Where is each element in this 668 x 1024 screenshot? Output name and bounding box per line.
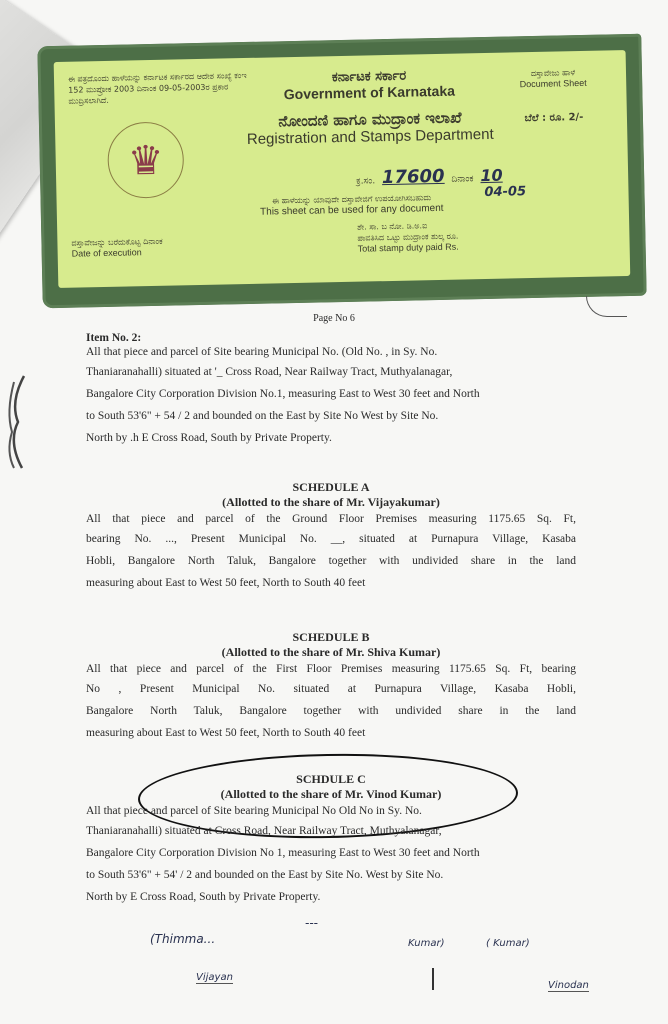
- serial-suffix: ದಿನಾಂಕ: [451, 174, 473, 184]
- karnataka-emblem-icon: ♛: [107, 121, 185, 199]
- execution-block: ದಸ್ತಾವೇಜನ್ನು ಬರೆದುಕೊಟ್ಟ ದಿನಾಂಕ Date of e…: [71, 236, 163, 259]
- schedule-b-line: measuring about East to West 50 feet, No…: [86, 722, 576, 744]
- handwritten-date: 04-05: [484, 184, 526, 200]
- schedule-c-allotted: (Allotted to the share of Mr. Vinod Kuma…: [86, 787, 576, 802]
- item-2-line: Bangalore City Corporation Division No.1…: [86, 383, 576, 405]
- item-2-section: Item No. 2: All that piece and parcel of…: [86, 331, 576, 449]
- schedule-c-title: SCHDULE C: [86, 772, 576, 787]
- page-number: Page No 6: [0, 313, 668, 324]
- pen-stroke: [432, 968, 434, 990]
- signature: ---: [305, 916, 318, 930]
- schedule-a-line: Hobli, Bangalore North Taluk, Bangalore …: [86, 550, 576, 572]
- document-sheet-block: ದಸ್ತಾವೇಜು ಹಾಳೆ Document Sheet ಬೆಲೆ : ರೂ.…: [498, 66, 609, 124]
- any-document-block: ಈ ಹಾಳೆಯನ್ನು ಯಾವುದೇ ದಸ್ತಾವೇಜಿಗೆ ಉಪಯೋಗಿಸಬಹ…: [227, 191, 477, 218]
- schedule-a-section: SCHEDULE A (Allotted to the share of Mr.…: [86, 480, 576, 594]
- stamp-paper-header: ಈ ಪತ್ರದೊಂದು ಹಾಳೆಯನ್ನು ಕರ್ನಾಟಕ ಸರ್ಕಾರದ ಆದ…: [37, 34, 646, 309]
- schedule-b-line: All that piece and parcel of the First F…: [86, 660, 576, 678]
- signature: Vijayan: [196, 972, 233, 984]
- schedule-a-line: bearing No. ..., Present Municipal No. _…: [86, 528, 576, 550]
- stamp-price: ಬೆಲೆ : ರೂ. 2/-: [499, 111, 609, 124]
- serial-number: 17600: [382, 166, 445, 188]
- schedule-c-section: SCHDULE C (Allotted to the share of Mr. …: [86, 772, 576, 908]
- schedule-b-line: Bangalore North Taluk, Bangalore togethe…: [86, 700, 576, 722]
- schedule-b-allotted: (Allotted to the share of Mr. Shiva Kuma…: [86, 645, 576, 660]
- item-2-line: North by .h E Cross Road, South by Priva…: [86, 427, 576, 449]
- item-2-line: to South 53'6" + 54 / 2 and bounded on t…: [86, 405, 576, 427]
- schedule-a-line: All that piece and parcel of the Ground …: [86, 510, 576, 528]
- item-2-line: Thaniaranahalli) situated at '_ Cross Ro…: [86, 361, 576, 383]
- stamp-title-block: ಕರ್ನಾಟಕ ಸರ್ಕಾರ Government of Karnataka ನ…: [234, 67, 506, 149]
- handwritten-day: 10: [480, 166, 503, 185]
- schedule-c-line: to South 53'6" + 54' / 2 and bounded on …: [86, 864, 576, 886]
- document-sheet-english: Document Sheet: [498, 77, 608, 89]
- item-2-line: All that piece and parcel of Site bearin…: [86, 345, 576, 361]
- schedule-c-line: Bangalore City Corporation Division No 1…: [86, 842, 576, 864]
- serial-prefix: ಕ್ರ.ಸಂ.: [356, 176, 375, 186]
- schedule-b-title: SCHEDULE B: [86, 630, 576, 645]
- signature: (Thimma...: [150, 932, 215, 946]
- schedule-a-line: measuring about East to West 50 feet, No…: [86, 572, 576, 594]
- schedule-c-line: Thaniaranahalli) situated at Cross Road,…: [86, 820, 576, 842]
- signature: ( Kumar): [486, 938, 530, 949]
- schedule-a-allotted: (Allotted to the share of Mr. Vijayakuma…: [86, 495, 576, 510]
- execution-english: Date of execution: [72, 247, 164, 259]
- signature: Kumar): [408, 938, 445, 949]
- schedule-c-line: All that piece and parcel of Site bearin…: [86, 802, 576, 820]
- stamp-order-note: ಈ ಪತ್ರದೊಂದು ಹಾಳೆಯನ್ನು ಕರ್ನಾಟಕ ಸರ್ಕಾರದ ಆದ…: [68, 70, 259, 107]
- schedule-a-title: SCHEDULE A: [86, 480, 576, 495]
- total-duty-block: ಶೇ. ಸಾ. ಬ ನೋ. ಡಿ.ಅ.ಐ ಪಾವತಿಸಿದ ಒಟ್ಟು ಮುದ್…: [357, 218, 558, 254]
- schedule-b-line: No , Present Municipal No. situated at P…: [86, 678, 576, 700]
- signature: Vinodan: [548, 980, 589, 992]
- schedule-c-line: North by E Cross Road, South by Private …: [86, 886, 576, 908]
- item-2-title: Item No. 2:: [86, 331, 576, 345]
- margin-handwriting: [4, 372, 30, 472]
- schedule-b-section: SCHEDULE B (Allotted to the share of Mr.…: [86, 630, 576, 744]
